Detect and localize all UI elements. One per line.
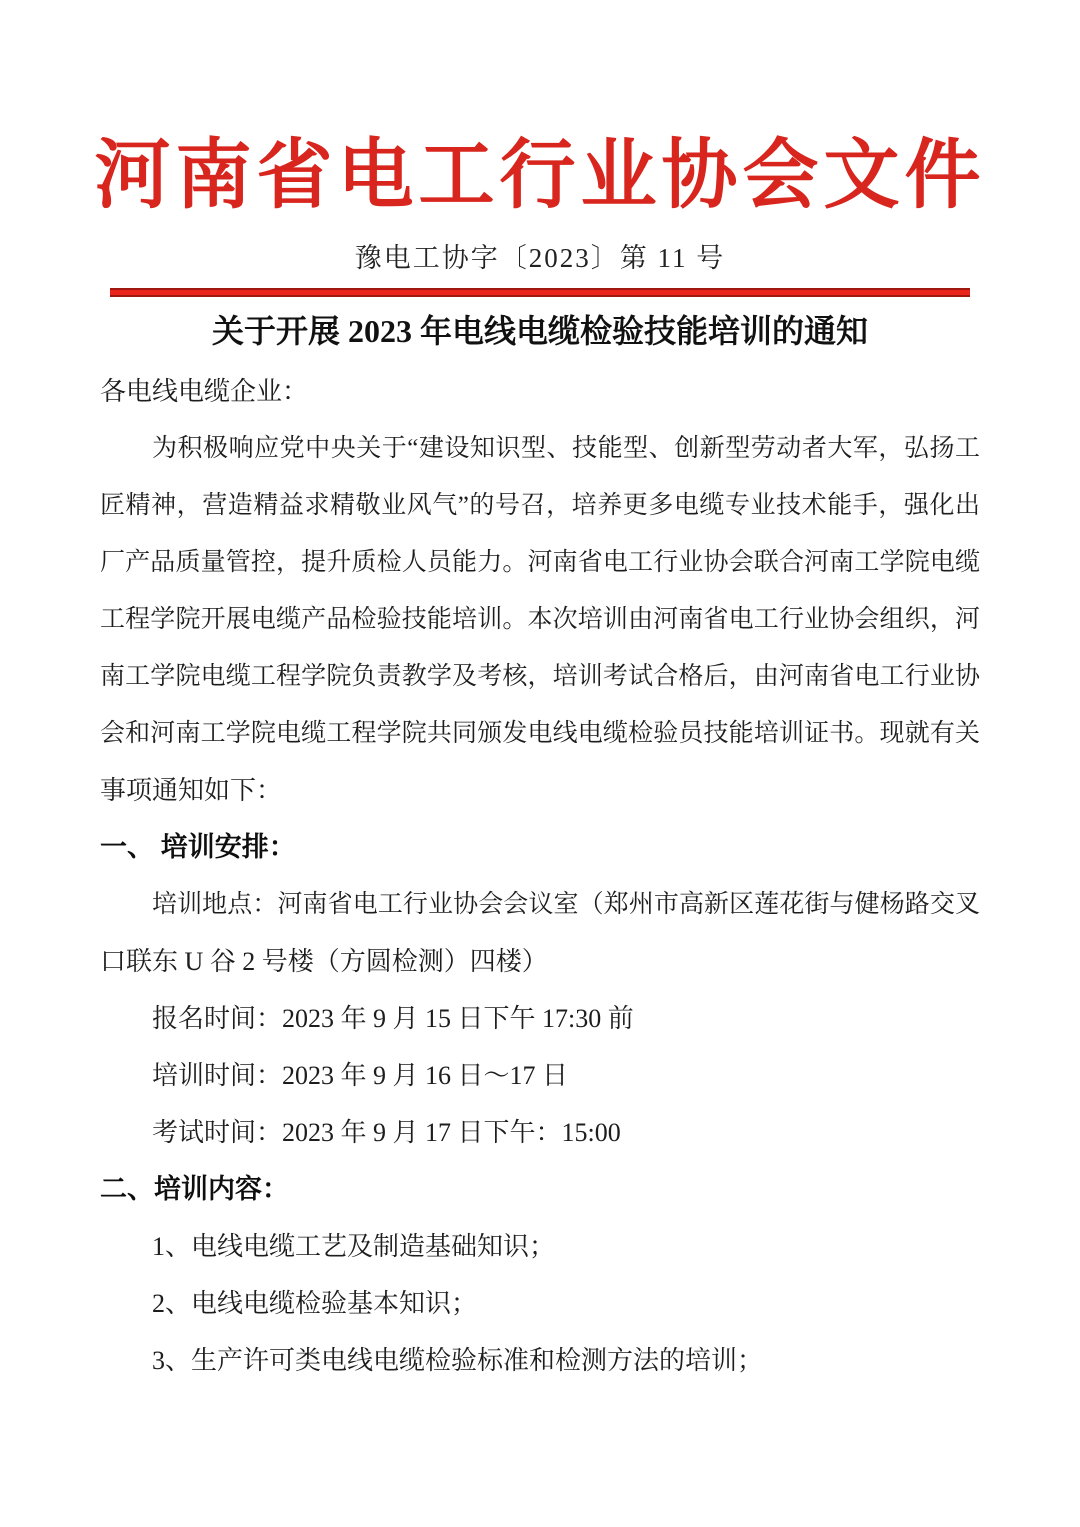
red-divider — [110, 288, 970, 297]
org-title: 河南省电工行业协会文件 — [0, 138, 1080, 214]
content-item: 1、电线电缆工艺及制造基础知识； — [100, 1218, 980, 1275]
content-item: 3、生产许可类电线电缆检验标准和检测方法的培训； — [100, 1332, 980, 1389]
signup-time: 报名时间：2023 年 9 月 15 日下午 17:30 前 — [100, 990, 980, 1047]
document-body: 各电线电缆企业： 为积极响应党中央关于“建设知识型、技能型、创新型劳动者大军，弘… — [100, 363, 980, 1389]
intro-line: 厂产品质量管控，提升质检人员能力。河南省电工行业协会联合河南工学院电缆 — [100, 534, 980, 591]
exam-time: 考试时间：2023 年 9 月 17 日下午：15:00 — [100, 1104, 980, 1161]
intro-line: 南工学院电缆工程学院负责教学及考核，培训考试合格后，由河南省电工行业协 — [100, 648, 980, 705]
training-location-line1: 培训地点：河南省电工行业协会会议室（郑州市高新区莲花街与健杨路交叉 — [100, 876, 980, 933]
intro-line: 会和河南工学院电缆工程学院共同颁发电线电缆检验员技能培训证书。现就有关 — [100, 705, 980, 762]
salutation: 各电线电缆企业： — [100, 363, 980, 420]
notice-title: 关于开展 2023 年电线电缆检验技能培训的通知 — [0, 311, 1080, 353]
section2-heading: 二、培训内容： — [100, 1161, 980, 1218]
section1-heading: 一、 培训安排： — [100, 819, 980, 876]
training-location-line2: 口联东 U 谷 2 号楼（方圆检测）四楼） — [100, 933, 980, 990]
training-time: 培训时间：2023 年 9 月 16 日～17 日 — [100, 1047, 980, 1104]
intro-line: 为积极响应党中央关于“建设知识型、技能型、创新型劳动者大军，弘扬工 — [100, 420, 980, 477]
intro-line: 匠精神，营造精益求精敬业风气”的号召，培养更多电缆专业技术能手，强化出 — [100, 477, 980, 534]
intro-line: 事项通知如下： — [100, 762, 980, 819]
content-item: 2、电线电缆检验基本知识； — [100, 1275, 980, 1332]
doc-number: 豫电工协字〔2023〕第 11 号 — [0, 242, 1080, 274]
document-page: 河南省电工行业协会文件 豫电工协字〔2023〕第 11 号 关于开展 2023 … — [0, 0, 1080, 1527]
intro-line: 工程学院开展电缆产品检验技能培训。本次培训由河南省电工行业协会组织，河 — [100, 591, 980, 648]
